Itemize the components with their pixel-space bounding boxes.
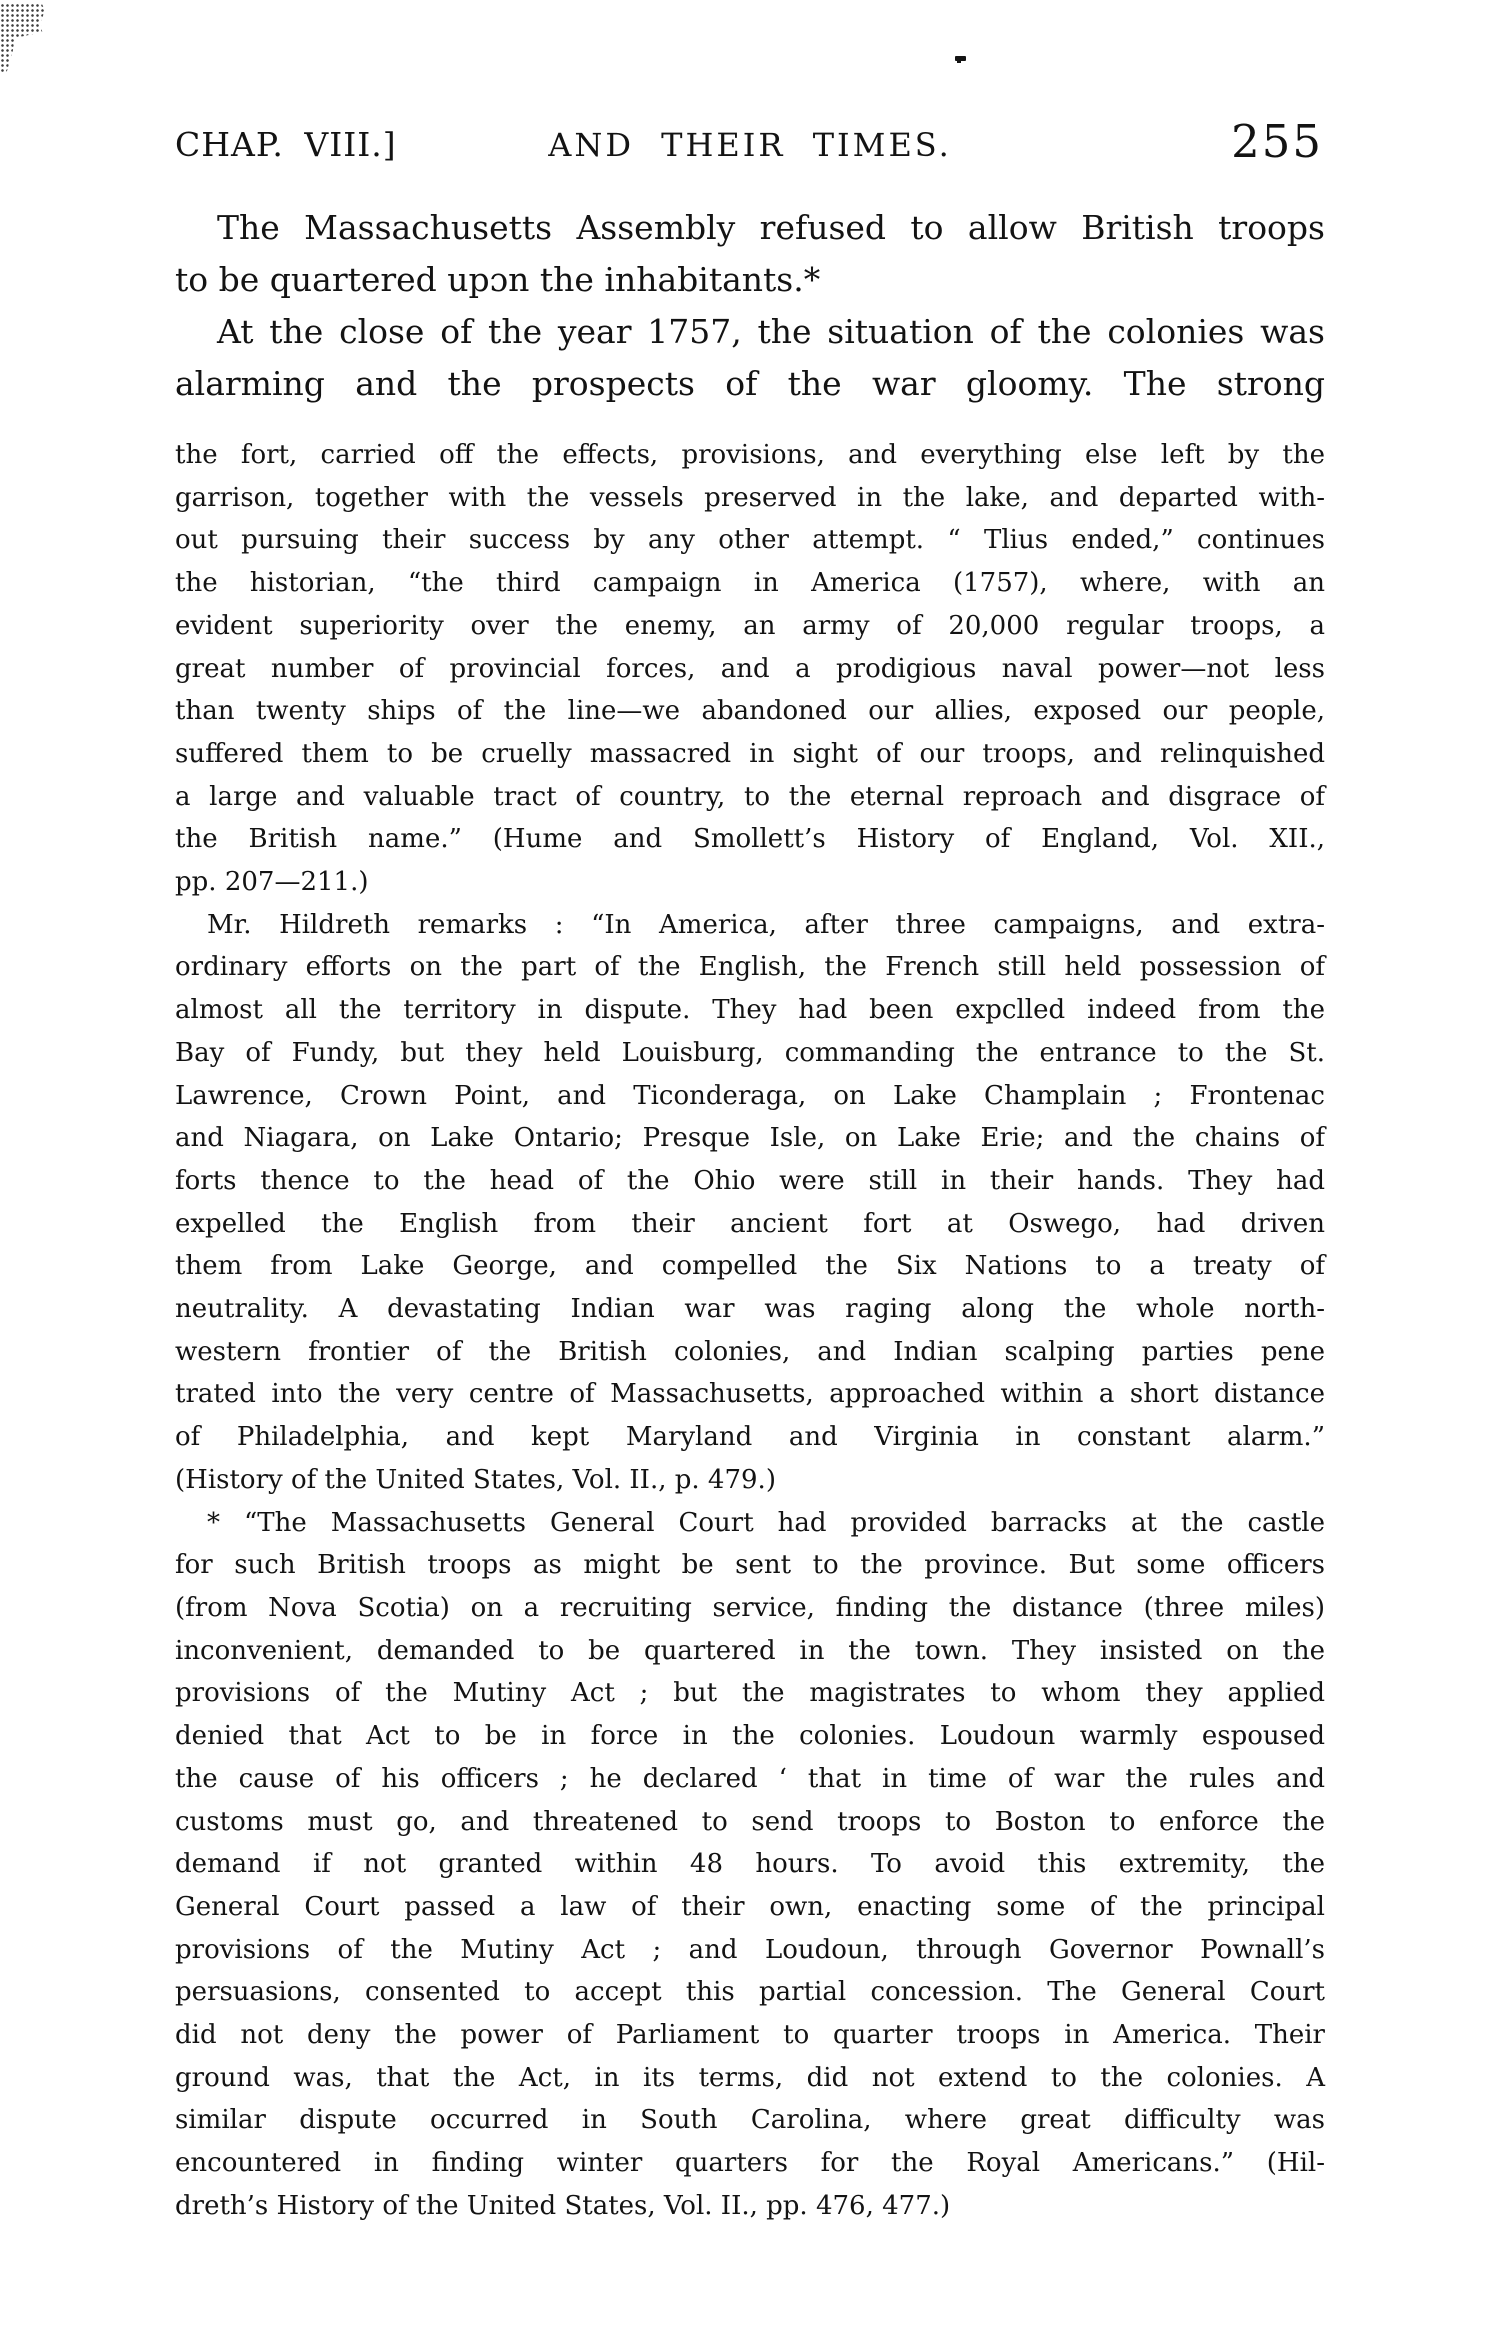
- text-line: garrison, together with the vessels pres…: [175, 477, 1325, 520]
- text-line: ground was, that the Act, in its terms, …: [175, 2057, 1325, 2100]
- text-line: persuasions, consented to accept this pa…: [175, 1971, 1325, 2014]
- text-line: (from Nova Scotia) on a recruiting servi…: [175, 1587, 1325, 1630]
- text-line: evident superiority over the enemy, an a…: [175, 605, 1325, 648]
- text-line: forts thence to the head of the Ohio wer…: [175, 1160, 1325, 1203]
- text-line: (History of the United States, Vol. II.,…: [175, 1459, 1325, 1502]
- text-line: trated into the very centre of Massachus…: [175, 1373, 1325, 1416]
- text-line: to be quartered upɔn the inhabitants.*: [175, 254, 1325, 306]
- text-line: At the close of the year 1757, the situa…: [175, 306, 1325, 358]
- text-line: and Niagara, on Lake Ontario; Presque Is…: [175, 1117, 1325, 1160]
- text-line: the cause of his officers ; he declared …: [175, 1758, 1325, 1801]
- text-line: General Court passed a law of their own,…: [175, 1886, 1325, 1929]
- text-line: Lawrence, Crown Point, and Ticonderaga, …: [175, 1075, 1325, 1118]
- ink-dash-artifact: [955, 56, 966, 61]
- text-line: * “The Massachusetts General Court had p…: [175, 1502, 1325, 1545]
- book-page: CHAP. VIII.] AND THEIR TIMES. 255 The Ma…: [0, 0, 1506, 2339]
- text-line: great number of provincial forces, and a…: [175, 648, 1325, 691]
- text-line: western frontier of the British colonies…: [175, 1331, 1325, 1374]
- text-line: pp. 207—211.): [175, 861, 1325, 904]
- page-number: 255: [1231, 119, 1323, 164]
- text-line: than twenty ships of the line—we abandon…: [175, 690, 1325, 733]
- text-line: denied that Act to be in force in the co…: [175, 1715, 1325, 1758]
- footnote-block: the fort, carried off the effects, provi…: [175, 434, 1325, 2228]
- text-line: customs must go, and threatened to send …: [175, 1801, 1325, 1844]
- text-line: them from Lake George, and compelled the…: [175, 1245, 1325, 1288]
- text-line: ordinary efforts on the part of the Engl…: [175, 946, 1325, 989]
- text-line: the historian, “the third campaign in Am…: [175, 562, 1325, 605]
- running-title: AND THEIR TIMES.: [175, 129, 1325, 161]
- text-line: the fort, carried off the effects, provi…: [175, 434, 1325, 477]
- main-text-block: The Massachusetts Assembly refused to al…: [175, 202, 1325, 410]
- text-line: the British name.” (Hume and Smollett’s …: [175, 818, 1325, 861]
- page-header: CHAP. VIII.] AND THEIR TIMES. 255: [175, 110, 1325, 164]
- halftone-smudge-artifact: [0, 3, 46, 73]
- text-line: demand if not granted within 48 hours. T…: [175, 1843, 1325, 1886]
- text-line: of Philadelphia, and kept Maryland and V…: [175, 1416, 1325, 1459]
- text-line: dreth’s History of the United States, Vo…: [175, 2185, 1325, 2228]
- text-line: a large and valuable tract of country, t…: [175, 776, 1325, 819]
- text-line: similar dispute occurred in South Caroli…: [175, 2099, 1325, 2142]
- text-line: almost all the territory in dispute. The…: [175, 989, 1325, 1032]
- text-line: inconvenient, demanded to be quartered i…: [175, 1630, 1325, 1673]
- text-line: Bay of Fundy, but they held Louisburg, c…: [175, 1032, 1325, 1075]
- text-line: for such British troops as might be sent…: [175, 1544, 1325, 1587]
- text-line: neutrality. A devastating Indian war was…: [175, 1288, 1325, 1331]
- text-line: out pursuing their success by any other …: [175, 519, 1325, 562]
- text-line: The Massachusetts Assembly refused to al…: [175, 202, 1325, 254]
- text-line: suffered them to be cruelly massacred in…: [175, 733, 1325, 776]
- text-line: provisions of the Mutiny Act ; but the m…: [175, 1672, 1325, 1715]
- text-line: provisions of the Mutiny Act ; and Loudo…: [175, 1929, 1325, 1972]
- text-line: expelled the English from their ancient …: [175, 1203, 1325, 1246]
- text-line: alarming and the prospects of the war gl…: [175, 358, 1325, 410]
- text-line: encountered in finding winter quarters f…: [175, 2142, 1325, 2185]
- text-line: did not deny the power of Parliament to …: [175, 2014, 1325, 2057]
- text-line: Mr. Hildreth remarks : “In America, afte…: [175, 904, 1325, 947]
